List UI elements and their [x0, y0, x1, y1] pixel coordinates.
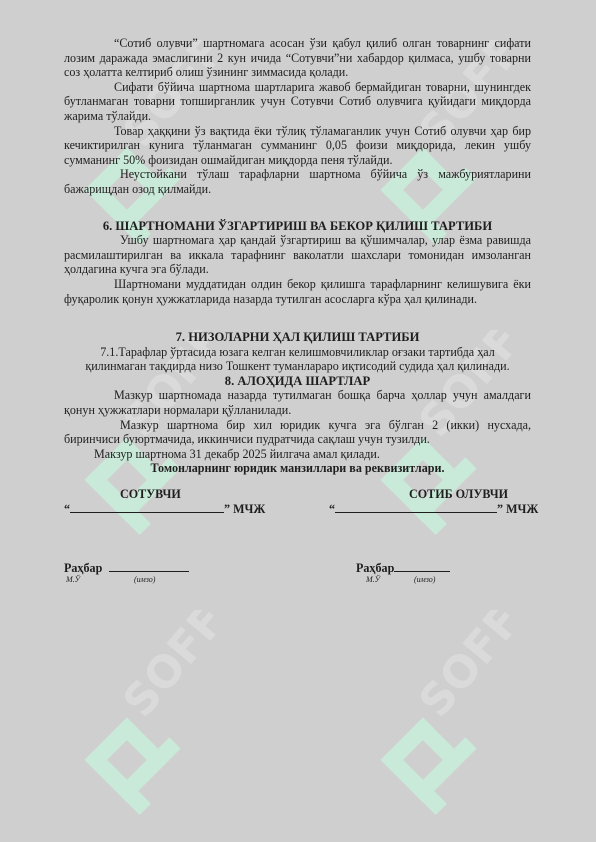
section-8-paragraph: Мазкур шартнома бир хил юридик кучга эга… [64, 418, 531, 447]
buyer-stamp-label: М.Ў [366, 575, 380, 584]
buyer-signature-label: Раҳбар [356, 561, 394, 575]
section-6-paragraph: Ушбу шартномага ҳар қандай ўзгартириш ва… [64, 233, 531, 277]
section-6-paragraph: Шартномани муддатидан олдин бекор қилишг… [64, 277, 531, 306]
svg-text:SOFF: SOFF [409, 610, 531, 727]
seller-name-blank [70, 502, 224, 513]
seller-name-line: “” МЧЖ [64, 502, 265, 517]
contract-page: “Сотиб олувчи” шартномага асосан ўзи қаб… [64, 36, 531, 476]
seller-signature-label: Раҳбар [64, 561, 102, 575]
seller-signature-line [109, 561, 189, 572]
buyer-signature: Раҳбар М.Ў (имзо) [356, 561, 450, 576]
paragraph-penalty-obligations: Неустойкани тўлаш тарафларни шартнома бў… [64, 167, 531, 196]
watermark: SOFF [368, 610, 538, 830]
seller-signature: Раҳбар М.Ў (имзо) [64, 561, 189, 576]
section-7-title: 7. НИЗОЛАРНИ ҲАЛ ҚИЛИШ ТАРТИБИ [64, 330, 531, 345]
seller-company-type: ” МЧЖ [224, 502, 265, 516]
section-8-title: 8. АЛОҲИДА ШАРТЛАР [64, 374, 531, 389]
svg-text:SOFF: SOFF [113, 610, 235, 727]
seller-sign-hint: (имзо) [134, 575, 155, 584]
requisites-title: Томонларнинг юридик манзиллари ва реквиз… [64, 461, 531, 476]
section-6-title: 6. ШАРТНОМАНИ ЎЗГАРТИРИШ ВА БЕКОР ҚИЛИШ … [64, 219, 531, 234]
seller-title: СОТУВЧИ [120, 487, 181, 502]
seller-stamp-label: М.Ў [66, 575, 80, 584]
buyer-signature-line [394, 561, 450, 572]
section-8-paragraph: Мазкур шартномада назарда тутилмаган бош… [64, 388, 531, 417]
buyer-name-blank [335, 502, 497, 513]
section-7-line: 7.1.Тарафлар ўртасида юзага келган келиш… [64, 345, 531, 360]
soff-logo-icon: SOFF [368, 610, 538, 830]
buyer-name-line: “” МЧЖ [329, 502, 538, 517]
paragraph-quality-penalty: Сифати бўйича шартнома шартларига жавоб … [64, 80, 531, 124]
soff-logo-icon: SOFF [72, 610, 242, 830]
validity-text: Макзур шартнома 31 декабр 2025 йилгача а… [64, 447, 531, 462]
section-7-line: қилинмаган тақдирда низо Тошкент туманла… [64, 359, 531, 374]
paragraph-quality-notice: “Сотиб олувчи” шартномага асосан ўзи қаб… [64, 36, 531, 80]
buyer-title: СОТИБ ОЛУВЧИ [409, 487, 508, 502]
buyer-sign-hint: (имзо) [414, 575, 435, 584]
buyer-company-type: ” МЧЖ [497, 502, 538, 516]
paragraph-late-payment: Товар ҳаққини ўз вақтида ёки тўлиқ тўлам… [64, 124, 531, 168]
watermark: SOFF [72, 610, 242, 830]
